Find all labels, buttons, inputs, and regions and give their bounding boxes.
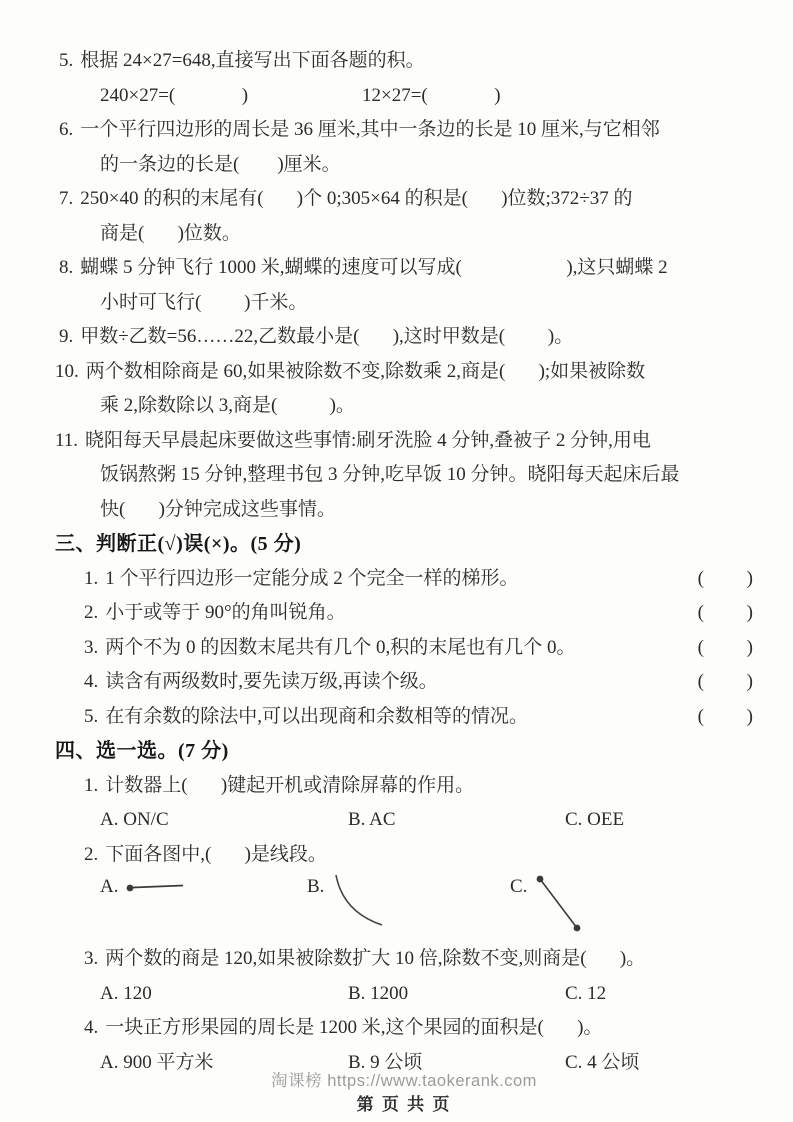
blank-expression: 12×27=( )	[362, 79, 501, 114]
question-10-line-1: 10.两个数相除商是 60,如果被除数不变,除数乘 2,商是( );如果被除数	[55, 355, 753, 390]
question-number: 5.	[59, 50, 73, 71]
answer-blank: ( )	[698, 700, 753, 735]
question-text: 250×40 的积的末尾有( )个 0;305×64 的积是( )位数;372÷…	[80, 188, 632, 209]
question-5-line-1: 5.根据 24×27=648,直接写出下面各题的积。	[55, 44, 753, 79]
figure-label: B.	[307, 872, 324, 902]
choice-4-stem: 4.一块正方形果园的周长是 1200 米,这个果园的面积是( )。	[55, 1011, 753, 1046]
judgment-text: 1.1 个平行四边形一定能分成 2 个完全一样的梯形。	[84, 562, 519, 597]
question-8-line-1: 8.蝴蝶 5 分钟飞行 1000 米,蝴蝶的速度可以写成( ),这只蝴蝶 2	[55, 251, 753, 286]
question-11-line-1: 11.晓阳每天早晨起床要做这些事情:刷牙洗脸 4 分钟,叠被子 2 分钟,用电	[55, 424, 753, 459]
section-3-title: 三、判断正(√)误(×)。(5 分)	[55, 527, 753, 562]
choice-3-stem: 3.两个数的商是 120,如果被除数扩大 10 倍,除数不变,则商是( )。	[55, 942, 753, 977]
option-c: C. 12	[565, 977, 753, 1012]
figure-option-c: C.	[510, 872, 753, 935]
segment-figure	[533, 873, 585, 935]
question-number: 4.	[84, 671, 98, 692]
question-text: 两个数的商是 120,如果被除数扩大 10 倍,除数不变,则商是( )。	[105, 948, 645, 969]
page-footer: 第 页 共 页	[55, 1092, 753, 1118]
judgment-item-2: 2.小于或等于 90°的角叫锐角。 ( )	[55, 596, 753, 631]
answer-blank: ( )	[698, 631, 753, 666]
question-number: 9.	[59, 326, 73, 347]
option-c: C. OEE	[565, 803, 753, 838]
question-number: 10.	[55, 361, 79, 382]
question-number: 3.	[84, 948, 98, 969]
question-10-line-2: 乘 2,除数除以 3,商是( )。	[55, 389, 753, 424]
question-9-line-1: 9.甲数÷乙数=56……22,乙数最小是( ),这时甲数是( )。	[55, 320, 753, 355]
judgment-text: 4.读含有两级数时,要先读万级,再读个级。	[84, 665, 438, 700]
question-number: 7.	[59, 188, 73, 209]
option-a: A. ON/C	[100, 803, 348, 838]
question-text: 饭锅熬粥 15 分钟,整理书包 3 分钟,吃早饭 10 分钟。晓阳每天起床后最	[100, 464, 680, 485]
question-number: 1.	[84, 568, 98, 589]
option-b: B. 1200	[348, 977, 565, 1012]
option-a: A. 120	[100, 977, 348, 1012]
question-8-line-2: 小时可飞行( )千米。	[55, 286, 753, 321]
judgment-text: 3.两个不为 0 的因数末尾共有几个 0,积的末尾也有几个 0。	[84, 631, 576, 666]
judgment-text: 5.在有余数的除法中,可以出现商和余数相等的情况。	[84, 700, 528, 735]
curve-figure	[330, 874, 384, 928]
question-text: 的一条边的长是( )厘米。	[100, 154, 341, 175]
judgment-item-4: 4.读含有两级数时,要先读万级,再读个级。 ( )	[55, 665, 753, 700]
answer-blank: ( )	[698, 562, 753, 597]
question-text: 小时可飞行( )千米。	[100, 292, 307, 313]
question-number: 11.	[55, 430, 78, 451]
question-number: 2.	[84, 602, 98, 623]
option-b: B. AC	[348, 803, 565, 838]
figure-option-a: A.	[100, 872, 307, 902]
question-text: 快( )分钟完成这些事情。	[100, 499, 336, 520]
question-6-line-2: 的一条边的长是( )厘米。	[55, 148, 753, 183]
blank-expression: 240×27=( )	[100, 79, 362, 114]
question-number: 6.	[59, 119, 73, 140]
question-text: 甲数÷乙数=56……22,乙数最小是( ),这时甲数是( )。	[80, 326, 573, 347]
question-text: 计数器上( )键起开机或清除屏幕的作用。	[105, 775, 474, 796]
judgment-item-3: 3.两个不为 0 的因数末尾共有几个 0,积的末尾也有几个 0。 ( )	[55, 631, 753, 666]
choice-1-stem: 1.计数器上( )键起开机或清除屏幕的作用。	[55, 769, 753, 804]
question-text: 蝴蝶 5 分钟飞行 1000 米,蝴蝶的速度可以写成( ),这只蝴蝶 2	[80, 257, 667, 278]
judgment-item-5: 5.在有余数的除法中,可以出现商和余数相等的情况。 ( )	[55, 700, 753, 735]
question-5-blanks-row: 240×27=( ) 12×27=( )	[55, 79, 753, 114]
choice-2-stem: 2.下面各图中,( )是线段。	[55, 838, 753, 873]
judgment-item-1: 1.1 个平行四边形一定能分成 2 个完全一样的梯形。 ( )	[55, 562, 753, 597]
choice-2-figures-row: A. B. C.	[55, 872, 753, 942]
question-number: 3.	[84, 637, 98, 658]
question-number: 5.	[84, 706, 98, 727]
figure-label: A.	[100, 872, 118, 902]
question-text: 根据 24×27=648,直接写出下面各题的积。	[80, 50, 424, 71]
question-text: 两个数相除商是 60,如果被除数不变,除数乘 2,商是( );如果被除数	[86, 361, 645, 382]
question-number: 1.	[84, 775, 98, 796]
question-7-line-1: 7.250×40 的积的末尾有( )个 0;305×64 的积是( )位数;37…	[55, 182, 753, 217]
figure-option-b: B.	[307, 872, 510, 928]
answer-blank: ( )	[698, 665, 753, 700]
question-number: 4.	[84, 1017, 98, 1038]
question-text: 下面各图中,( )是线段。	[105, 844, 327, 865]
question-11-line-3: 快( )分钟完成这些事情。	[55, 493, 753, 528]
question-7-line-2: 商是( )位数。	[55, 217, 753, 252]
question-number: 8.	[59, 257, 73, 278]
question-text: 乘 2,除数除以 3,商是( )。	[100, 395, 355, 416]
question-number: 2.	[84, 844, 98, 865]
answer-blank: ( )	[698, 596, 753, 631]
judgment-text: 2.小于或等于 90°的角叫锐角。	[84, 596, 346, 631]
worksheet-page: 5.根据 24×27=648,直接写出下面各题的积。 240×27=( ) 12…	[0, 0, 793, 1122]
question-text: 一块正方形果园的周长是 1200 米,这个果园的面积是( )。	[105, 1017, 602, 1038]
question-11-line-2: 饭锅熬粥 15 分钟,整理书包 3 分钟,吃早饭 10 分钟。晓阳每天起床后最	[55, 458, 753, 493]
section-4-title: 四、选一选。(7 分)	[55, 734, 753, 769]
figure-label: C.	[510, 872, 527, 902]
question-text: 晓阳每天早晨起床要做这些事情:刷牙洗脸 4 分钟,叠被子 2 分钟,用电	[85, 430, 651, 451]
question-text: 商是( )位数。	[100, 223, 241, 244]
option-c: C. 4 公顷	[565, 1046, 753, 1081]
question-6-line-1: 6.一个平行四边形的周长是 36 厘米,其中一条边的长是 10 厘米,与它相邻	[55, 113, 753, 148]
question-text: 一个平行四边形的周长是 36 厘米,其中一条边的长是 10 厘米,与它相邻	[80, 119, 660, 140]
choice-1-options: A. ON/C B. AC C. OEE	[55, 803, 753, 838]
choice-3-options: A. 120 B. 1200 C. 12	[55, 977, 753, 1012]
ray-figure	[124, 881, 186, 895]
